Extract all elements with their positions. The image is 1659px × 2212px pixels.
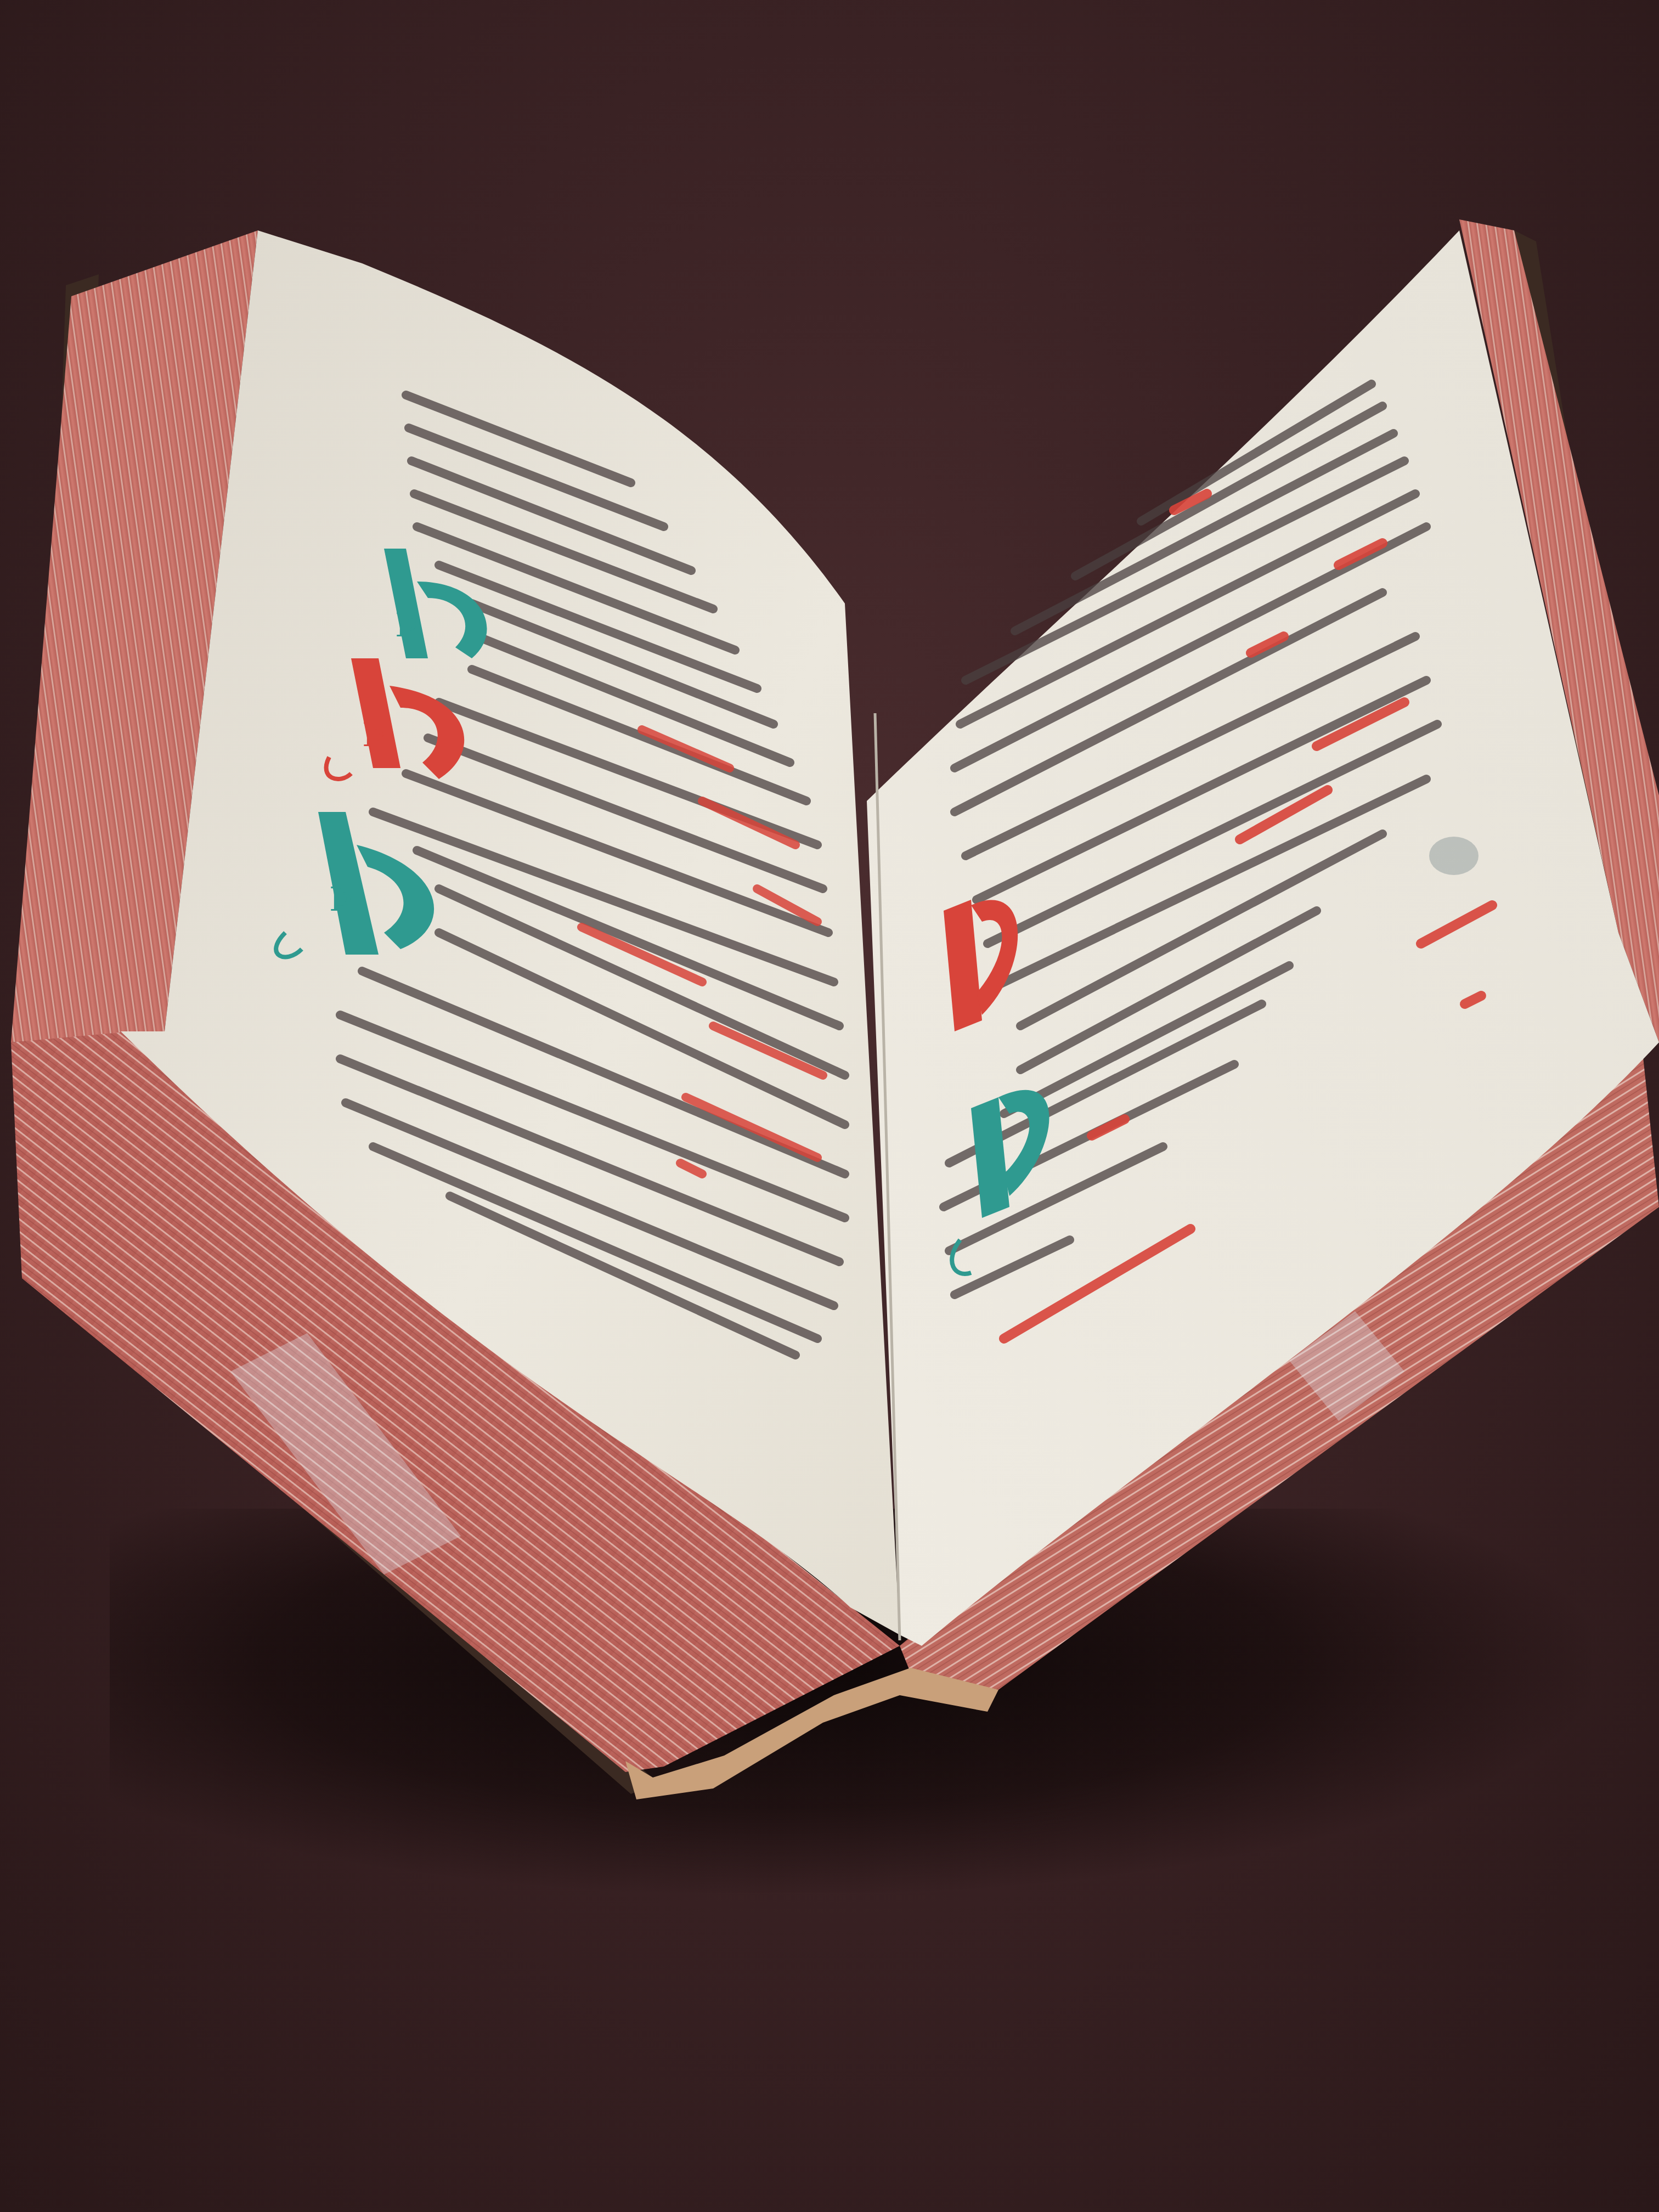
svg-text:Þ: Þ <box>329 881 352 919</box>
svg-text:Þ: Þ <box>395 606 417 645</box>
ink-stain <box>1429 837 1479 875</box>
svg-text:Þ: Þ <box>362 716 385 754</box>
open-manuscript: Þ Þ Þ <box>0 0 1659 2212</box>
